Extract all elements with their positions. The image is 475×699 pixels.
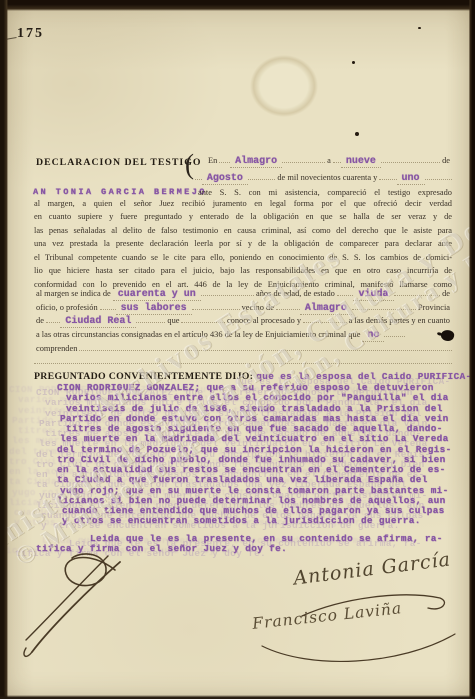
text-line: licianos si bien no puede determinar los… [57, 495, 466, 505]
witness-signature: Antonia García [292, 548, 452, 589]
scan-edge-right [469, 0, 475, 699]
blank-underline [276, 302, 300, 310]
blank-underline [337, 288, 354, 296]
blank-underline [379, 172, 396, 180]
paper-speck [352, 61, 355, 64]
blank-underline [195, 172, 202, 180]
blank-underline [394, 288, 441, 296]
statement-typed-lines: CION RODRIGUEZ GONZALEZ; que a su referi… [36, 382, 466, 553]
form-header-line-place-date: EnAlmagroanuevede [206, 155, 452, 168]
printed-text: oficio, o profesión [34, 303, 100, 312]
blank-underline [248, 172, 275, 180]
text-line: del termino de Pozuelo; que su incripcio… [57, 444, 466, 454]
text-line: les muerte en la madrigada del veinticua… [60, 433, 466, 443]
text-line: titres de agosto siguiente en que fue sa… [66, 423, 466, 433]
printed-text: al margen se indica de [34, 289, 113, 298]
text-line: tro Civil de dicho pueblo, donde fue inh… [57, 454, 466, 464]
text-line: a las otras circunstancias consignadas e… [34, 329, 452, 343]
witness-name-text: AN TONIA GARCIA BERMEJO [33, 187, 207, 197]
printed-text: conoce al procesado y [225, 316, 303, 325]
blank-underline [136, 315, 165, 323]
text-line: y otros se encuentran sometidos a la jur… [62, 515, 466, 525]
blank-underline [219, 155, 230, 163]
text-line: el Tribunal competente cuando se le cite… [34, 251, 452, 264]
printed-text: a las otras circunstancias consignadas e… [34, 330, 362, 339]
form-body-paragraph: al margen, a quien el señor Juez recibió… [34, 197, 452, 291]
text-line: varios milicianos entre ellos el conocid… [66, 392, 466, 402]
form-fill-value: no [362, 330, 384, 342]
blank-underline [100, 302, 116, 310]
text-line: CION RODRIGUEZ GONZALEZ; que a su referi… [57, 382, 466, 392]
blank-underline [333, 155, 341, 163]
printed-text: a las demás partes y en cuanto [347, 316, 452, 325]
text-line: veintiseis de julio de 1936, siendo tras… [66, 403, 466, 413]
blank-underline [282, 155, 325, 163]
text-line: yugo rojo; que en su muerte le consta to… [60, 485, 466, 495]
form-fill-value: uno [397, 173, 425, 185]
text-line: en la actualidad sus restos se encuentra… [57, 464, 466, 474]
text-line: Agostode mil novecientos cuarenta yuno [195, 172, 452, 185]
blank-underline [46, 315, 60, 323]
page-number: 175 [17, 26, 44, 42]
scanned-document-page: 175 DECLARACION DEL TESTIGO ( AN TONIA G… [0, 0, 475, 699]
blank-underline [381, 155, 440, 163]
text-line: ta Ciudad a que fueron trasladados una v… [57, 474, 466, 484]
form-fill-value: Almagro [300, 303, 352, 315]
blank-underline [425, 172, 452, 180]
printed-text: de mil novecientos cuarenta y [275, 173, 379, 182]
printed-text: En [206, 156, 219, 165]
form-fill-value: cuarenta y un [113, 289, 201, 301]
secretary-signature-flourish [250, 624, 465, 679]
text-line: lio que hiciere hasta ser citado para el… [34, 264, 452, 277]
printed-text: que [165, 316, 181, 325]
form-fields: al margen se indica decuarenta y unaños … [34, 288, 452, 370]
printed-text: comprenden [34, 344, 79, 353]
paper-stain [238, 44, 330, 128]
printed-text: años de edad, de estado [254, 289, 337, 298]
blank-underline [352, 302, 416, 310]
form-bracket: ( [185, 148, 194, 181]
blank-underline [201, 288, 254, 296]
scan-edge-top [0, 0, 475, 11]
printed-text: a [325, 156, 333, 165]
printed-text: de [440, 289, 452, 298]
printed-text: de [34, 316, 46, 325]
statement-first-line: PREGUNTADO CONVENIENTEMENTE DIJO: que es… [34, 371, 456, 382]
form-fill-value: Agosto [202, 173, 248, 185]
form-fill-value: sus labores [116, 303, 192, 315]
document-title: DECLARACION DEL TESTIGO [36, 157, 201, 168]
text-line: al margen se indica decuarenta y unaños … [34, 288, 452, 302]
text-line: Leida que le es la presente, en su conte… [90, 533, 466, 543]
text-line: EnAlmagroanuevede [206, 155, 452, 168]
paper-speck [355, 132, 359, 136]
printed-text: vecino de [240, 303, 276, 312]
form-header-line-3: ante S. S. con mi asistencia, compareció… [198, 188, 452, 197]
form-fill-value: viuda [353, 289, 393, 301]
statement-text-start: que es la esposa del Caido PURIFICA- [256, 371, 471, 382]
form-fill-value: Almagro [230, 156, 282, 168]
text-line: comprenden [34, 342, 452, 356]
form-header-line-month-year: Agostode mil novecientos cuarenta yuno [195, 172, 452, 185]
text-line: deCiudad Realqueconoce al procesado ya l… [34, 315, 452, 329]
text-line: oficio, o profesiónsus laboresvecino deA… [34, 302, 452, 316]
paper-speck [418, 27, 421, 29]
blank-underline [79, 342, 452, 350]
printed-text: de [440, 156, 452, 165]
form-fill-value: nueve [341, 156, 381, 168]
scan-edge-bottom [0, 695, 475, 699]
blank-underline [34, 356, 452, 364]
form-fill-value: Ciudad Real [60, 316, 136, 328]
text-line [34, 356, 452, 370]
judge-rubric-signature [20, 548, 150, 668]
text-line [36, 526, 466, 533]
blank-underline [384, 329, 404, 337]
printed-text: Provincia [416, 303, 452, 312]
question-label: PREGUNTADO CONVENIENTEMENTE DIJO: [34, 371, 253, 382]
blank-underline [303, 315, 346, 323]
text-line: cuando tiene entendido que muchos de ell… [62, 505, 466, 515]
text-line: las penas señaladas al delito de falso t… [34, 224, 452, 237]
text-line: en cuanto supiere y fuere preguntado y e… [34, 210, 452, 223]
scan-edge-left [0, 0, 8, 699]
text-line: una vez prestada la presente declaración… [34, 237, 452, 250]
text-line: Partido en donde estuvo con otros camara… [60, 413, 466, 423]
blank-underline [181, 315, 224, 323]
text-line: al margen, a quien el señor Juez recibió… [34, 197, 452, 210]
blank-underline [192, 302, 240, 310]
